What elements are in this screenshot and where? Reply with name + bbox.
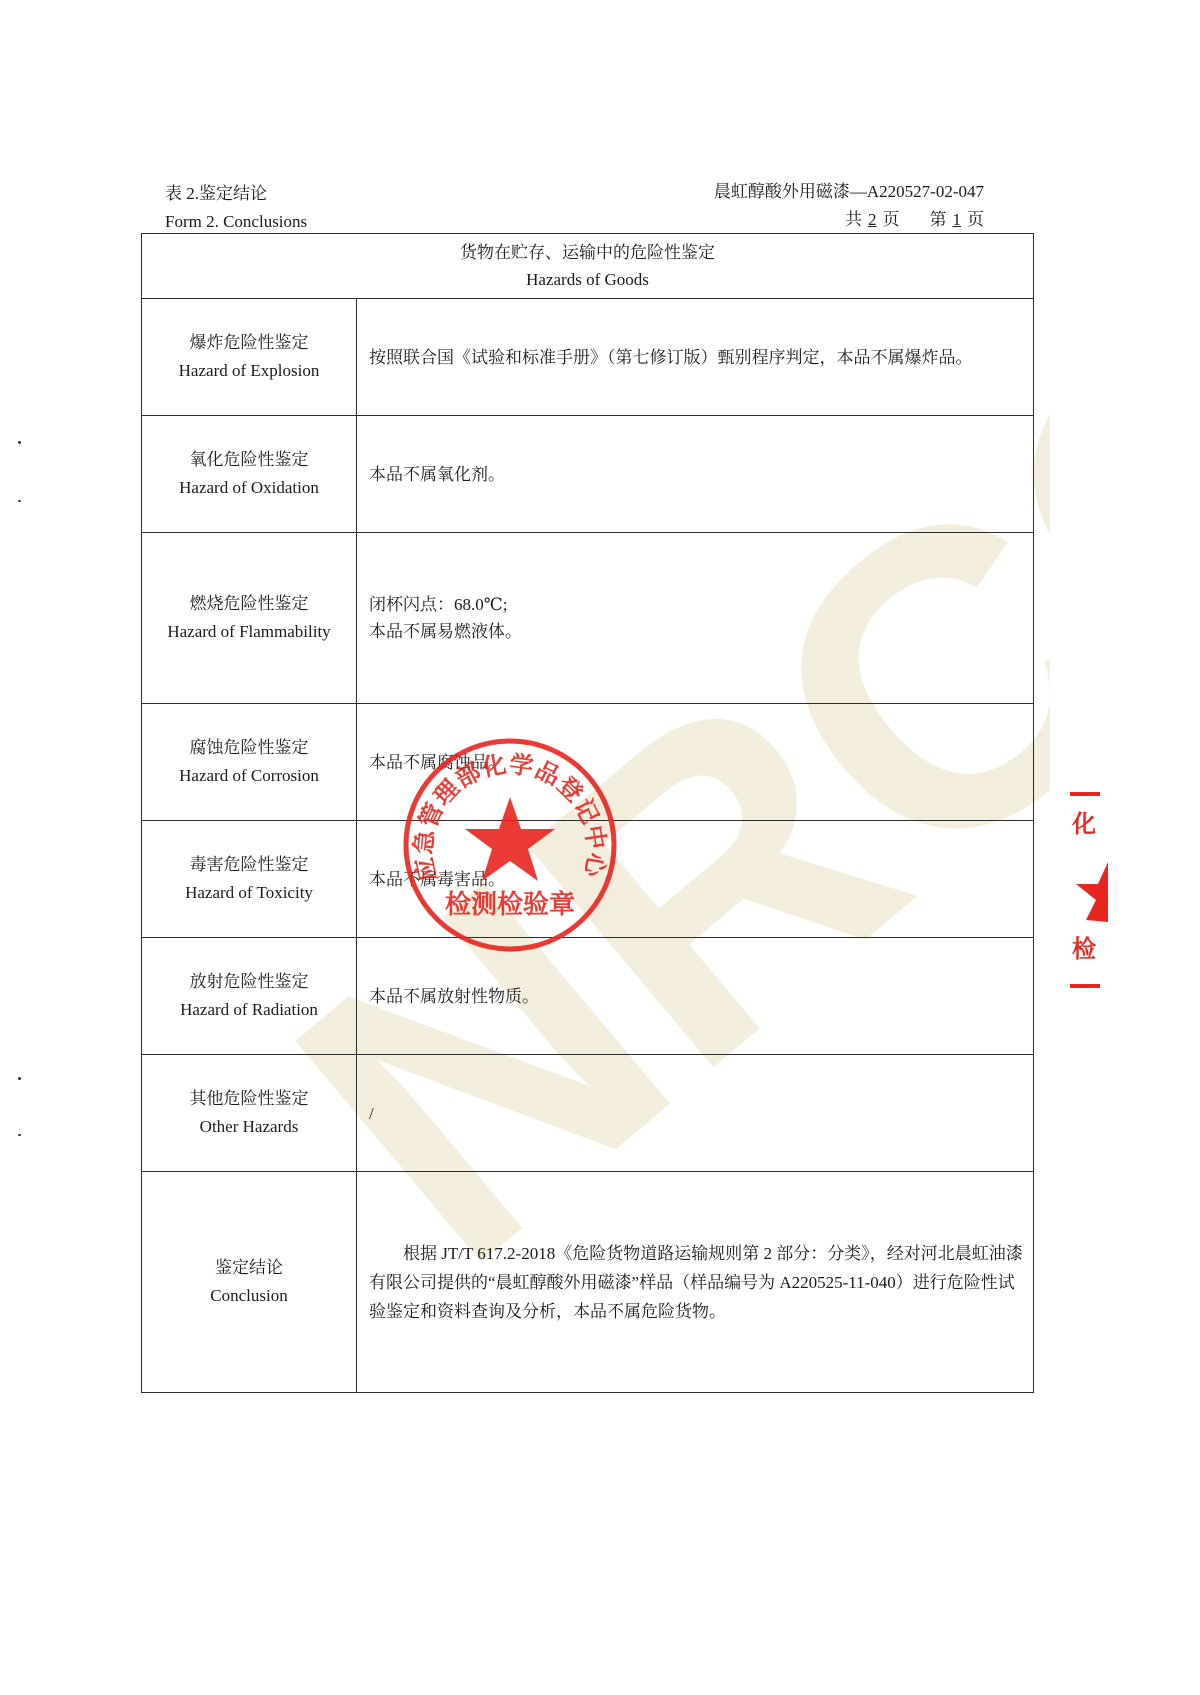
hazard-result: 本品不属氧化剂。 [357,416,1034,533]
table-title: 货物在贮存、运输中的危险性鉴定 Hazards of Goods [142,234,1034,299]
conclusion-row: 鉴定结论 Conclusion 根据 JT/T 617.2-2018《危险货物道… [142,1172,1034,1393]
form-title-cn: 表 2.鉴定结论 [165,180,307,208]
hazard-label: 毒害危险性鉴定Hazard of Toxicity [142,821,357,938]
form-header-right: 晨虹醇酸外用磁漆—A220527-02-047 共2页第1页 [714,178,984,234]
form-title-en: Form 2. Conclusions [165,208,307,236]
hazard-row: 氧化危险性鉴定Hazard of Oxidation本品不属氧化剂。 [142,416,1034,533]
svg-text:检测检验章: 检测检验章 [445,889,575,920]
hazard-row: 其他危险性鉴定Other Hazards/ [142,1055,1034,1172]
product-reference: 晨虹醇酸外用磁漆—A220527-02-047 [714,178,984,206]
page-total: 2 [862,210,883,229]
hazard-result: 闭杯闪点：68.0℃;本品不属易燃液体。 [357,533,1034,704]
hazard-label: 氧化危险性鉴定Hazard of Oxidation [142,416,357,533]
scan-mark [18,1134,21,1136]
seam-seal-fragment: 化 检 [1068,792,1108,992]
conclusion-label: 鉴定结论 Conclusion [142,1172,357,1393]
official-seal: 应急管理部化学品登记中心 检测检验章 [400,735,620,955]
hazard-result: / [357,1055,1034,1172]
hazard-row: 放射危险性鉴定Hazard of Radiation本品不属放射性物质。 [142,938,1034,1055]
hazard-result: 本品不属放射性物质。 [357,938,1034,1055]
form-header-left: 表 2.鉴定结论 Form 2. Conclusions [165,180,307,236]
page-current: 1 [947,210,968,229]
hazard-label: 爆炸危险性鉴定Hazard of Explosion [142,299,357,416]
scan-mark [18,500,21,502]
hazard-label: 燃烧危险性鉴定Hazard of Flammability [142,533,357,704]
star-icon [465,797,555,881]
svg-text:检: 检 [1072,935,1096,963]
hazard-label: 其他危险性鉴定Other Hazards [142,1055,357,1172]
hazard-row: 燃烧危险性鉴定Hazard of Flammability闭杯闪点：68.0℃;… [142,533,1034,704]
conclusion-text: 根据 JT/T 617.2-2018《危险货物道路运输规则第 2 部分：分类》，… [357,1172,1034,1393]
hazard-result: 按照联合国《试验和标准手册》（第七修订版）甄别程序判定，本品不属爆炸品。 [357,299,1034,416]
star-icon [1076,862,1108,922]
scan-mark [18,441,21,444]
svg-text:化: 化 [1071,810,1096,838]
hazard-label: 放射危险性鉴定Hazard of Radiation [142,938,357,1055]
hazard-row: 爆炸危险性鉴定Hazard of Explosion按照联合国《试验和标准手册》… [142,299,1034,416]
hazard-label: 腐蚀危险性鉴定Hazard of Corrosion [142,704,357,821]
scan-mark [18,1077,21,1080]
page-indicator: 共2页第1页 [714,206,984,234]
